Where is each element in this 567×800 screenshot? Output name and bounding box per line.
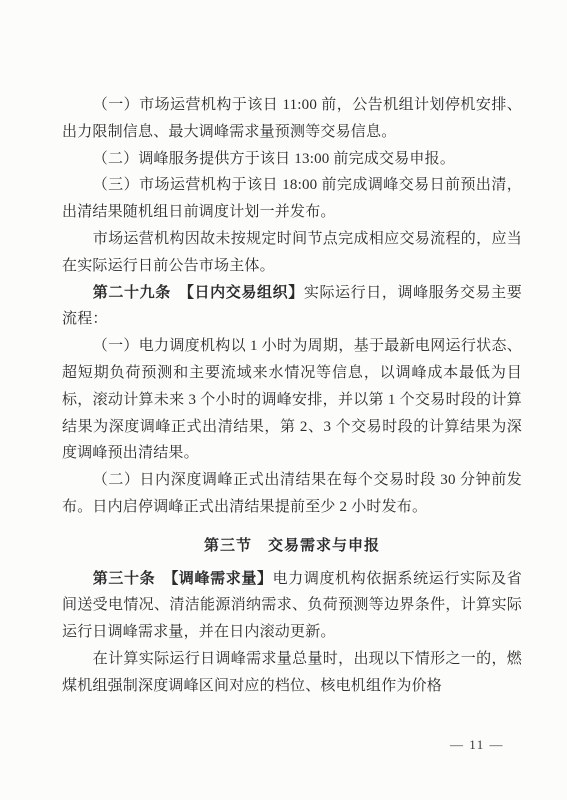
paragraph-text: （二）日内深度调峰正式出清结果在每个交易时段 30 分钟前发布。日内启停调峰正式… [62, 472, 522, 515]
paragraph-text: 第三节 交易需求与申报 [204, 538, 380, 554]
document-body: （一）市场运营机构于该日 11:00 前，公告机组计划停机安排、出力限制信息、最… [62, 92, 522, 700]
article-paragraph: 第二十九条 【日内交易组织】实际运行日，调峰服务交易主要流程： [62, 280, 522, 334]
paragraph-text: 在计算实际运行日调峰需求量总量时，出现以下情形之一的，燃煤机组强制深度调峰区间对… [62, 651, 522, 694]
paragraph-text: （三）市场运营机构于该日 18:00 前完成调峰交易日前预出清，出清结果随机组日… [62, 177, 522, 220]
paragraph: （三）市场运营机构于该日 18:00 前完成调峰交易日前预出清，出清结果随机组日… [62, 172, 522, 226]
document-page: （一）市场运营机构于该日 11:00 前，公告机组计划停机安排、出力限制信息、最… [0, 0, 567, 800]
paragraph: （二）日内深度调峰正式出清结果在每个交易时段 30 分钟前发布。日内启停调峰正式… [62, 467, 522, 521]
article-paragraph: 第三十条 【调峰需求量】电力调度机构依据系统运行实际及省间送受电情况、清洁能源消… [62, 566, 522, 646]
paragraph: （二）调峰服务提供方于该日 13:00 前完成交易申报。 [62, 146, 522, 173]
paragraph: （一）电力调度机构以 1 小时为周期，基于最新电网运行状态、超短期负荷预测和主要… [62, 333, 522, 467]
article-title: 第三十条 【调峰需求量】 [93, 571, 273, 587]
paragraph-text: （二）调峰服务提供方于该日 13:00 前完成交易申报。 [93, 151, 455, 167]
paragraph-text: （一）电力调度机构以 1 小时为周期，基于最新电网运行状态、超短期负荷预测和主要… [62, 338, 522, 461]
section-heading: 第三节 交易需求与申报 [62, 533, 522, 560]
paragraph: 在计算实际运行日调峰需求量总量时，出现以下情形之一的，燃煤机组强制深度调峰区间对… [62, 646, 522, 700]
article-title: 第二十九条 【日内交易组织】 [93, 285, 304, 301]
page-number: — 11 — [450, 737, 504, 753]
paragraph-text: （一）市场运营机构于该日 11:00 前，公告机组计划停机安排、出力限制信息、最… [62, 97, 522, 140]
paragraph-text: 市场运营机构因故未按规定时间节点完成相应交易流程的，应当在实际运行日前公告市场主… [62, 231, 522, 274]
paragraph: 市场运营机构因故未按规定时间节点完成相应交易流程的，应当在实际运行日前公告市场主… [62, 226, 522, 280]
paragraph: （一）市场运营机构于该日 11:00 前，公告机组计划停机安排、出力限制信息、最… [62, 92, 522, 146]
